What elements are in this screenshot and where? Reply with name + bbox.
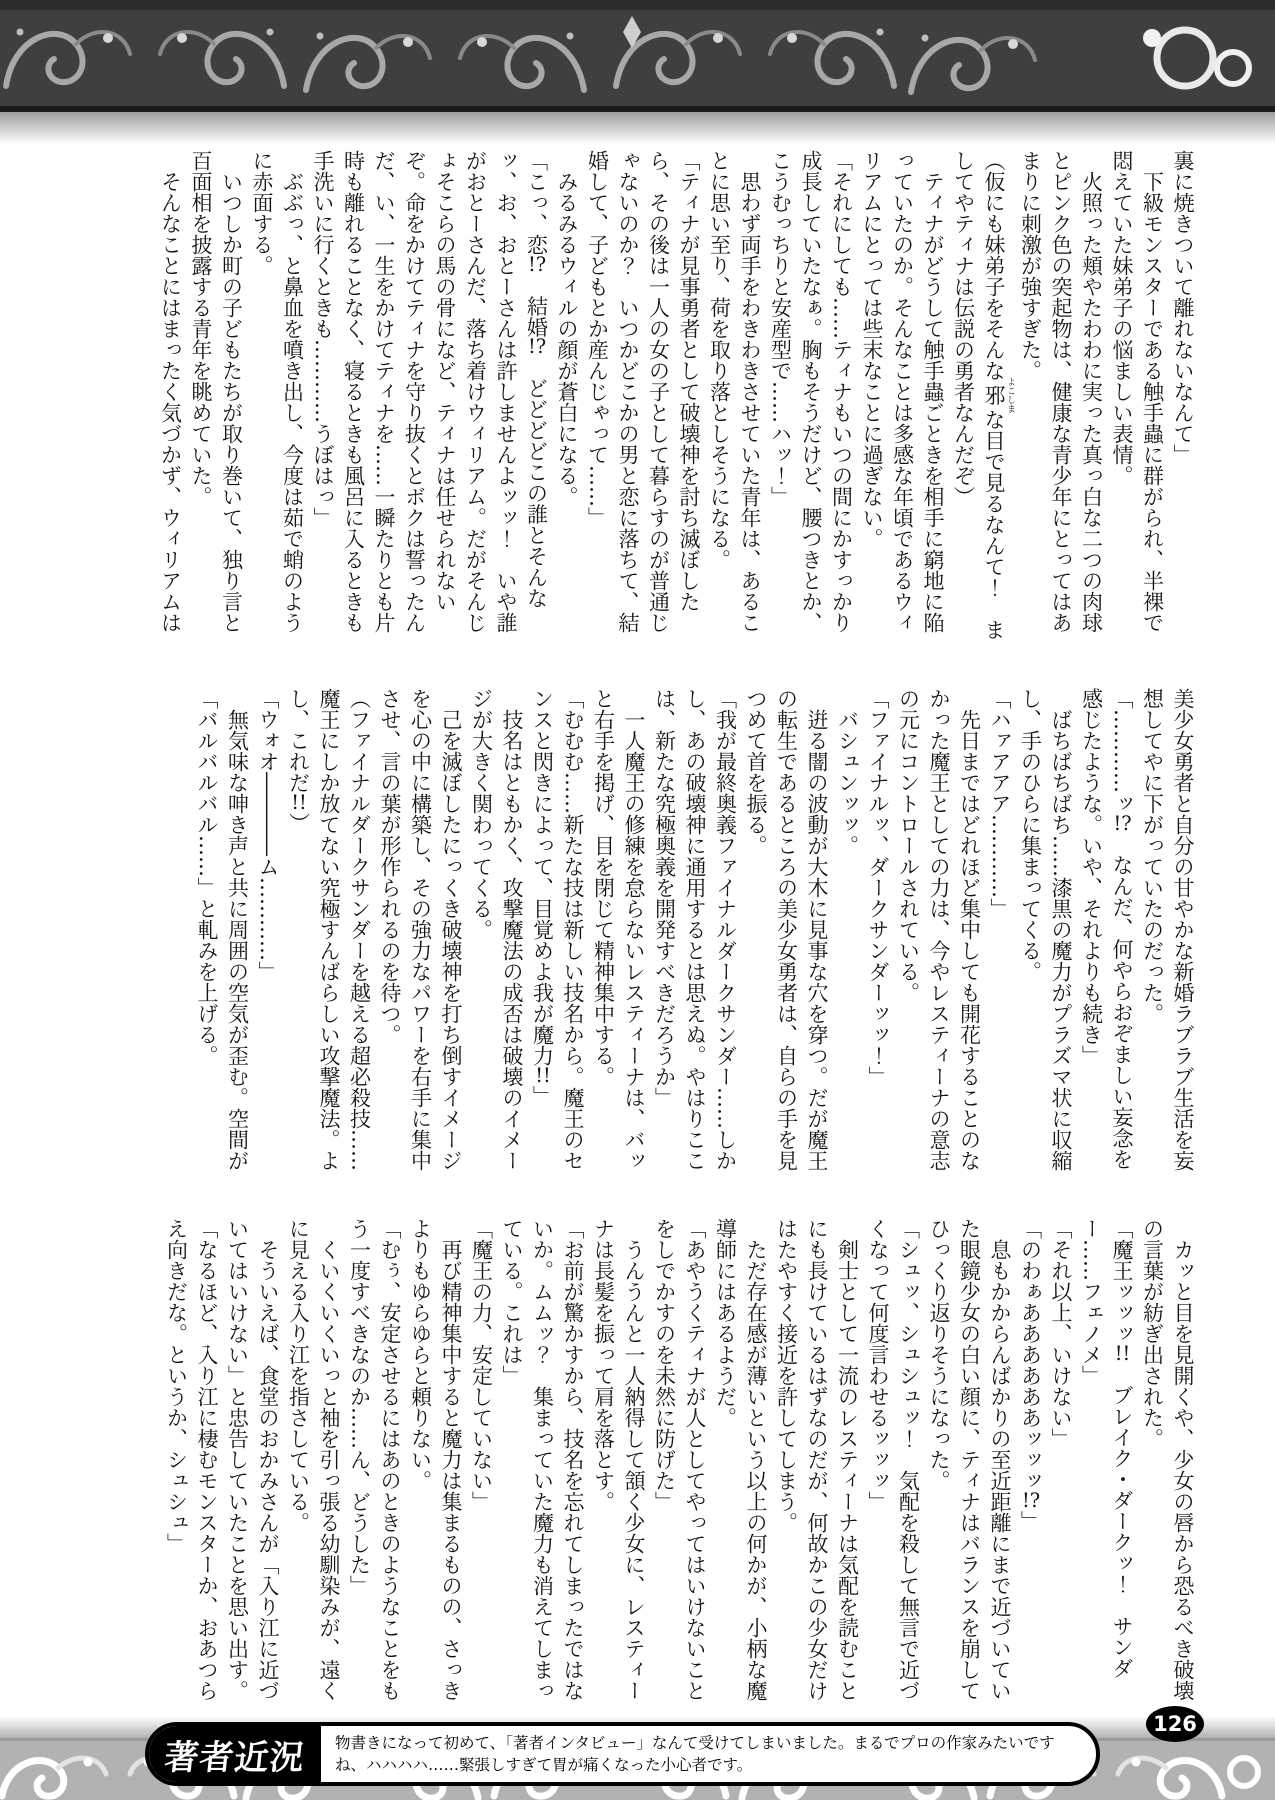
paragraph: 「魔王の力、安定していない」 xyxy=(466,1218,497,1704)
paragraph: 逬る闇の波動が大木に見事な穴を穿つ。だが魔王の転生であるところの美少女勇者は、自… xyxy=(741,688,833,1176)
paragraph: ぶぶっ、と鼻血を噴き出し、今度は茹で蛸のように赤面する。 xyxy=(247,150,308,640)
paragraph: いつしか町の子どもたちが取り巻いて、独り言と百面相を披露する青年を眺めていた。 xyxy=(186,150,247,640)
paragraph: （ファイナルダークサンダーを越える超必殺技……魔王にしか放てない究極すんばらしい… xyxy=(283,688,375,1176)
paragraph: うんうんと一人納得して頷く少女に、レスティーナは長髪を振って肩を落とす。 xyxy=(588,1218,649,1704)
paragraph: 己を滅ぼしたにっくき破壊神を打ち倒すイメージを心の中に構築し、その強力なパワーを… xyxy=(375,688,467,1176)
paragraph: 「それ以上、いけない」 xyxy=(1046,1218,1077,1704)
paragraph: （仮にも妹弟子をそんな邪よこしまな目で見るなんて！ ましてやティナは伝説の勇者な… xyxy=(948,150,1015,640)
paragraph: 一人魔王の修練を怠らないレスティーナは、バッと右手を掲げ、目を閉じて精神集中する… xyxy=(588,688,649,1176)
text-block-middle: 美少女勇者と自分の甘やかな新婚ラブラブ生活を妄想してやに下がっていたのだった。「… xyxy=(150,688,1198,1176)
paragraph: バシュンッッ。 xyxy=(832,688,863,1176)
paragraph: 思わず両手をわきわきさせていた青年は、あることに思い至り、荷を取り落としそうにな… xyxy=(704,150,765,640)
paragraph: 「あやうくティナが人としてやってはいけないことをしでかすのを未然に防げた」 xyxy=(649,1218,710,1704)
top-border-shadow xyxy=(0,112,1275,144)
paragraph: 「ファイナルッ、ダークサンダーッッ！」 xyxy=(863,688,894,1176)
paragraph: 「むむむ……新たな技は新しい技名から。魔王のセンスと閃きによって、目覚めよ我が魔… xyxy=(527,688,588,1176)
paragraph: ティナがどうして触手蟲ごときを相手に窮地に陥っていたのか。そんなことは多感な年頃… xyxy=(857,150,949,640)
page-number: 126 xyxy=(1153,1712,1197,1736)
paragraph: 「ウォオ――――ム…………」 xyxy=(253,688,284,1176)
paragraph: そんなことにはまったく気づかず、ウィリアムは xyxy=(155,150,186,640)
text-block-top: 裏に焼きついて離れないなんて」 下級モンスターである触手蟲に群がられ、半裸で悶え… xyxy=(150,150,1198,640)
paragraph: 「ティナが見事勇者として破壊神を討ち滅ぼしたら、その後は一人の女の子として暮らす… xyxy=(582,150,704,640)
paragraph: 「のわぁああああああッッッ!?」 xyxy=(1015,1218,1046,1704)
author-note-label-text: 著者近況 xyxy=(162,1730,307,1779)
paragraph: 下級モンスターである触手蟲に群がられ、半裸で悶えていた妹弟子の悩ましい表情。 xyxy=(1107,150,1168,640)
paragraph: 「それにしても……ティナもいつの間にかすっかり成長していたなぁ。胸もそうだけど、… xyxy=(765,150,857,640)
paragraph: 技名はともかく、攻撃魔法の成否は破壊のイメージが大きく関わってくる。 xyxy=(466,688,527,1176)
paragraph: そういえば、食堂のおかみさんが「入り江に近づいてはいけない」と忠告していたことを… xyxy=(222,1218,283,1704)
paragraph: 「…………ッ!? なんだ、何やらおぞましい妄念を感じたような。いや、それよりも続… xyxy=(1076,688,1137,1176)
paragraph: 無気味な呻き声と共に周囲の空気が歪む。空間が「バルバルバル……」と軋みを上げる。 xyxy=(192,688,253,1176)
paragraph: 美少女勇者と自分の甘やかな新婚ラブラブ生活を妄想してやに下がっていたのだった。 xyxy=(1137,688,1198,1176)
novel-page: { "page": { "number": "126" }, "decor": … xyxy=(0,0,1275,1800)
author-note-text: 物書きになって初めて、「著者インタビュー」なんて受けてしまいました。まるでプロの… xyxy=(321,1726,1096,1782)
top-ornament-border xyxy=(0,0,1275,112)
paragraph: 息もかからんばかりの至近距離にまで近づいていた眼鏡少女の白い顔に、ティナはバラン… xyxy=(924,1218,1016,1704)
paragraph: 「我が最終奥義ファイナルダークサンダー……しかし、あの破壊神に通用するとは思えぬ… xyxy=(649,688,741,1176)
paragraph: 「こっ、恋!? 結婚!? どどどどこの誰とそんなッ、お、おとーさんは許しませんよ… xyxy=(308,150,552,640)
author-note-bar: 著者近況 物書きになって初めて、「著者インタビュー」なんて受けてしまいました。ま… xyxy=(145,1722,1100,1786)
paragraph: 再び精神集中すると魔力は集まるものの、さっきよりもゆらゆらと頼りない。 xyxy=(405,1218,466,1704)
paragraph: ただ存在感が薄いという以上の何かが、小柄な魔導師にはあるようだ。 xyxy=(710,1218,771,1704)
paragraph: 「むぅ、安定させるにはあのときのようなことをもう一度すべきなのか……ん、どうした… xyxy=(344,1218,405,1704)
paragraph: 「お前が驚かすから、技名を忘れてしまったではないか。ムムッ？ 集まっていた魔力も… xyxy=(497,1218,589,1704)
paragraph: 先日まではどれほど集中しても開花することのなかった魔王としての力は、今やレスティ… xyxy=(893,688,985,1176)
text-block-bottom: カッと目を見開くや、少女の唇から恐るべき破壊の言葉が紡ぎ出された。「魔王ッッッ!… xyxy=(150,1218,1198,1704)
paragraph: 「シュッ、シュシュッ！ 気配を殺して無言で近づくなって何度言わせるッッッ」 xyxy=(863,1218,924,1704)
paragraph: カッと目を見開くや、少女の唇から恐るべき破壊の言葉が紡ぎ出された。 xyxy=(1137,1218,1198,1704)
author-note-label: 著者近況 xyxy=(149,1726,321,1782)
paragraph: 「魔王ッッッ!! ブレイク・ダークッ！ サンダー……フェノメ」 xyxy=(1076,1218,1137,1704)
paragraph: 火照った頬やたわわに実った真っ白な二つの肉球とピンク色の突起物は、健康な青少年に… xyxy=(1015,150,1107,640)
page-number-badge: 126 xyxy=(1146,1706,1204,1742)
paragraph: 「なるほど、入り江に棲むモンスターか、おあつらえ向きだな。というか、シュシュ」 xyxy=(161,1218,222,1704)
paragraph: 剣士として一流のレスティーナは気配を読むことにも長けているはずなのだが、何故かこ… xyxy=(771,1218,863,1704)
paragraph: 「ハァアアア…………」 xyxy=(985,688,1016,1176)
paragraph: 裏に焼きついて離れないなんて」 xyxy=(1168,150,1199,640)
paragraph: くいくいくいっと袖を引っ張る幼馴染みが、遠くに見える入り江を指さしている。 xyxy=(283,1218,344,1704)
paragraph: ばちばちばち……漆黒の魔力がプラズマ状に収縮し、手のひらに集まってくる。 xyxy=(1015,688,1076,1176)
paragraph: みるみるウィルの顔が蒼白になる。 xyxy=(552,150,583,640)
